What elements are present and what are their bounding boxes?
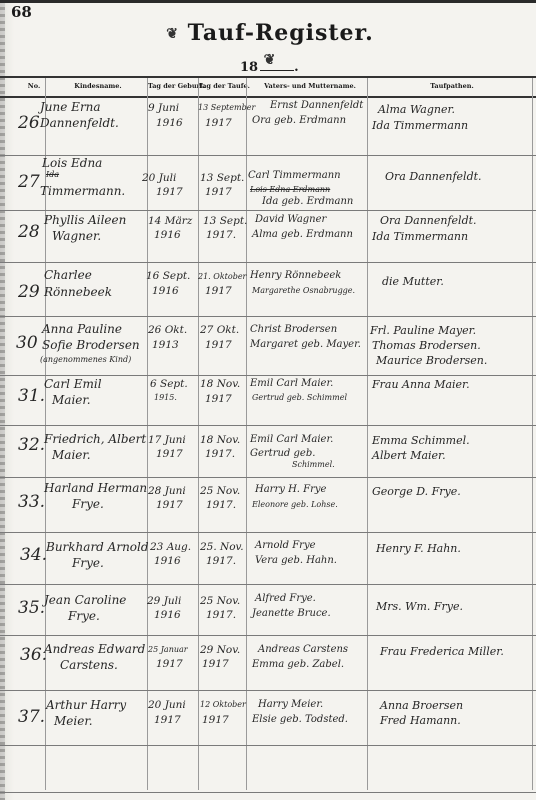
row-rule xyxy=(0,262,536,263)
birth-date-line: 1916 xyxy=(154,609,181,622)
row-rule xyxy=(0,745,536,746)
godparent-line: Ida Timmermann xyxy=(372,230,468,244)
child-name-line: Frye. xyxy=(68,609,100,624)
parents-line: Gertrud geb. xyxy=(250,448,315,461)
parents-line: Carl Timmermann xyxy=(248,170,341,183)
row-rule xyxy=(0,792,536,793)
ornament-left-icon: ❦ xyxy=(166,26,179,42)
header-top-rule xyxy=(0,76,536,78)
birth-date-line: 25 Januar xyxy=(148,645,188,655)
parents-line: Ernst Dannenfeldt xyxy=(270,100,363,113)
parents-line: Ora geb. Erdmann xyxy=(252,115,346,128)
page-number: 68 xyxy=(11,3,32,21)
row-rule xyxy=(0,477,536,478)
child-name-line: Phyllis Aileen xyxy=(44,213,126,228)
baptism-date-line: 18 Nov. xyxy=(200,434,240,447)
entry-number: 34. xyxy=(20,545,47,566)
parents-line: Emil Carl Maier. xyxy=(250,378,333,391)
baptism-date-line: 13 September xyxy=(198,103,255,113)
child-name-line: Carl Emil xyxy=(44,377,102,392)
child-name-line: Carstens. xyxy=(60,658,118,673)
birth-date-line: 1913 xyxy=(152,339,179,352)
godparent-line: Henry F. Hahn. xyxy=(376,542,461,556)
baptism-date-line: 21. Oktober xyxy=(198,272,246,282)
row-rule xyxy=(0,316,536,317)
baptism-date-line: 1917. xyxy=(205,448,235,461)
godparent-line: Fred Hamann. xyxy=(380,714,461,728)
column-rule xyxy=(367,78,368,790)
birth-date-line: 1916 xyxy=(156,117,183,130)
birth-date-line: 16 Sept. xyxy=(146,270,190,283)
register-page: 68 ❦ Tauf-Register. ❦ 18. No. Kindesname… xyxy=(0,0,536,800)
baptism-date-line: 1917 xyxy=(202,714,229,727)
page-binding-edge xyxy=(0,0,5,800)
child-name-line: Maier. xyxy=(52,393,91,408)
child-name-line: Wagner. xyxy=(52,229,101,244)
column-header-child: Kindesname. xyxy=(50,82,146,90)
parents-line: Henry Rönnebeek xyxy=(250,270,341,283)
godparent-line: Frau Anna Maier. xyxy=(372,378,470,392)
parents-line: Schimmel. xyxy=(292,460,335,470)
birth-date-line: 1916 xyxy=(154,229,181,242)
parents-line: Arnold Frye xyxy=(255,540,316,553)
entry-number: 35. xyxy=(18,598,45,619)
page-title-text: Tauf-Register. xyxy=(188,20,374,46)
entry-number: 36. xyxy=(20,645,47,666)
godparent-line: die Mutter. xyxy=(382,275,444,289)
child-name-line: Charlee xyxy=(44,268,92,283)
child-name-line: Arthur Harry xyxy=(46,698,126,713)
baptism-date-line: 13 Sept. xyxy=(200,172,244,185)
godparent-line: Ida Timmermann xyxy=(372,119,468,133)
baptism-date-line: 25 Nov. xyxy=(200,595,240,608)
baptism-date-line: 25 Nov. xyxy=(200,485,240,498)
godparent-line: Ora Dannenfeldt. xyxy=(385,170,482,184)
entry-number: 37. xyxy=(18,707,45,728)
child-name-line: June Erna xyxy=(40,100,101,115)
godparent-line: George D. Frye. xyxy=(372,485,461,499)
year-prefix: 18 xyxy=(240,60,258,75)
parents-line: Ida geb. Erdmann xyxy=(262,196,353,209)
parents-line: Christ Brodersen xyxy=(250,324,337,337)
entry-number: 32. xyxy=(18,435,45,456)
child-name-line: Sofie Brodersen xyxy=(42,338,140,353)
birth-date-line: 17 Juni xyxy=(148,434,186,447)
parents-line: Jeanette Bruce. xyxy=(252,608,331,621)
child-name-line: Lois Edna xyxy=(42,156,102,171)
child-name-line: Frye. xyxy=(72,497,104,512)
baptism-date-line: 27 Okt. xyxy=(200,324,239,337)
row-rule xyxy=(0,425,536,426)
baptism-date-line: 12 Oktober xyxy=(200,700,246,710)
godparent-line: Ora Dannenfeldt. xyxy=(380,214,477,228)
year-blank-line xyxy=(260,70,294,71)
child-name-line: Anna Pauline xyxy=(42,322,122,337)
column-header-godparents: Taufpathen. xyxy=(372,82,532,90)
parents-line: Alma geb. Erdmann xyxy=(252,229,353,242)
baptism-date-line: 1917 xyxy=(205,393,232,406)
column-rule xyxy=(532,78,533,790)
column-header-birth: Tag der Geburt. xyxy=(148,82,198,90)
birth-date-line: 1917 xyxy=(156,499,183,512)
parents-line: Emil Carl Maier. xyxy=(250,434,333,447)
birth-date-line: 23 Aug. xyxy=(150,541,191,554)
baptism-date-line: 25. Nov. xyxy=(200,541,244,554)
birth-date-line: 14 März xyxy=(148,215,192,228)
parents-line: Elsie geb. Todsted. xyxy=(252,714,348,727)
parents-line: Eleonore geb. Lohse. xyxy=(252,500,338,510)
godparent-line: Albert Maier. xyxy=(372,449,446,463)
parents-line: Vera geb. Hahn. xyxy=(255,555,337,568)
entry-number: 28 xyxy=(18,222,40,243)
birth-date-line: 1917 xyxy=(156,186,183,199)
page-top-rule xyxy=(0,0,536,3)
baptism-date-line: 1917 xyxy=(205,186,232,199)
column-rule xyxy=(198,78,199,790)
column-rule xyxy=(246,78,247,790)
parents-line: Gertrud geb. Schimmel xyxy=(252,393,347,403)
baptism-date-line: 29 Nov. xyxy=(200,644,240,657)
parents-line-struck: Lois Edna Erdmann xyxy=(250,185,330,195)
row-rule xyxy=(0,375,536,376)
entry-number: 31. xyxy=(18,386,45,407)
baptism-date-line: 1917. xyxy=(206,555,236,568)
godparent-line: Mrs. Wm. Frye. xyxy=(376,600,463,614)
child-name-note: (angenommenes Kind) xyxy=(40,355,131,365)
child-name-line: Meier. xyxy=(54,714,93,729)
child-name-line: Friedrich, Albert xyxy=(44,432,146,447)
parents-line: Harry H. Frye xyxy=(255,484,326,497)
birth-date-line: 1917 xyxy=(156,448,183,461)
baptism-date-line: 1917 xyxy=(205,117,232,130)
child-name-line: Maier. xyxy=(52,448,91,463)
parents-line: Alfred Frye. xyxy=(255,593,316,606)
birth-date-line: 1916 xyxy=(154,555,181,568)
godparent-line: Thomas Brodersen. xyxy=(372,339,481,353)
parents-line: David Wagner xyxy=(255,214,326,227)
baptism-date-line: 13 Sept. xyxy=(203,215,247,228)
parents-line: Margaret geb. Mayer. xyxy=(250,339,361,352)
child-name-line: Frye. xyxy=(72,556,104,571)
birth-date-line: 1917 xyxy=(154,714,181,727)
birth-date-line: 6 Sept. xyxy=(150,378,188,391)
birth-date-line: 20 Juni xyxy=(148,699,186,712)
godparent-line: Maurice Brodersen. xyxy=(376,354,487,368)
birth-date-line: 29 Juli xyxy=(147,595,181,608)
child-name-line: Jean Caroline xyxy=(44,593,126,608)
row-rule xyxy=(0,690,536,691)
child-name-line: Andreas Edward xyxy=(44,642,145,657)
row-rule xyxy=(0,210,536,211)
row-rule xyxy=(0,532,536,533)
godparent-line: Frau Frederica Miller. xyxy=(380,645,504,659)
year-field: 18. xyxy=(240,60,299,75)
child-name-line: Dannenfeldt. xyxy=(40,116,119,131)
baptism-date-line: 1917 xyxy=(205,285,232,298)
baptism-date-line: 1917. xyxy=(206,499,236,512)
child-name-line: Harland Herman xyxy=(44,481,147,496)
column-header-no: No. xyxy=(22,82,46,90)
entry-number: 30 xyxy=(16,333,38,354)
parents-line: Andreas Carstens xyxy=(258,644,348,657)
parents-line: Margarethe Osnabrugge. xyxy=(252,286,355,296)
birth-date-line: 1916 xyxy=(152,285,179,298)
child-name-line: Burkhard Arnold xyxy=(46,540,149,555)
birth-date-line: 1917 xyxy=(156,658,183,671)
child-name-line: Rönnebeek xyxy=(44,285,112,300)
godparent-line: Anna Broersen xyxy=(380,699,463,713)
parents-line: Harry Meier. xyxy=(258,699,323,712)
godparent-line: Frl. Pauline Mayer. xyxy=(370,324,476,338)
child-name-struck: Ida xyxy=(46,170,59,180)
row-rule xyxy=(0,635,536,636)
godparent-line: Alma Wagner. xyxy=(378,103,455,117)
birth-date-line: 9 Juni xyxy=(148,102,179,115)
row-rule xyxy=(0,584,536,585)
baptism-date-line: 18 Nov. xyxy=(200,378,240,391)
godparent-line: Emma Schimmel. xyxy=(372,434,470,448)
entry-number: 29 xyxy=(18,282,40,303)
entry-number: 26 xyxy=(18,113,40,134)
baptism-date-line: 1917. xyxy=(206,229,236,242)
birth-date-line: 26 Okt. xyxy=(148,324,187,337)
entry-number: 33. xyxy=(18,492,45,513)
child-name-line: Timmermann. xyxy=(40,184,125,199)
birth-date-line: 20 Juli xyxy=(142,172,176,185)
birth-date-line: 28 Juni xyxy=(148,485,186,498)
baptism-date-line: 1917. xyxy=(206,609,236,622)
birth-date-line: 1915. xyxy=(154,393,177,403)
header-bottom-rule xyxy=(0,96,536,98)
baptism-date-line: 1917 xyxy=(202,658,229,671)
column-header-baptism: Tag der Taufe. xyxy=(198,82,246,90)
entry-number: 27 xyxy=(18,172,40,193)
parents-line: Emma geb. Zabel. xyxy=(252,659,344,672)
column-header-parents: Vaters- und Muttername. xyxy=(250,82,370,90)
baptism-date-line: 1917 xyxy=(205,339,232,352)
